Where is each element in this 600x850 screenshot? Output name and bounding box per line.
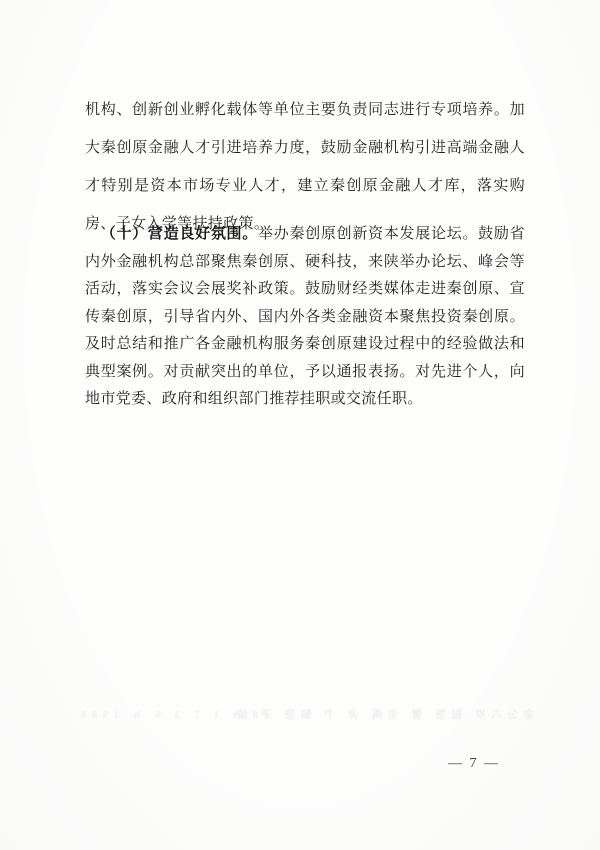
document-page: 机构、创新创业孵化载体等单位主要负责同志进行专项培养。加大秦创原金融人才引进培养… [0,0,600,850]
section-heading: （十）营造良好氛围。 [101,226,258,242]
bleed-through-text-right: 金公六岁 报签 署 圭禹 舍 个 脑签 矛 留 [292,706,534,722]
section-body: 举办秦创原创新资本发展论坛。鼓励省内外金融机构总部聚焦秦创原、硬科技，来陕举办论… [85,226,525,407]
page-number: — 7 — [448,756,500,772]
bleed-through-text-left: 8 9 1 7 3 6 ¾ 1908 [88,710,258,721]
paragraph-section-10: （十）营造良好氛围。举办秦创原创新资本发展论坛。鼓励省内外金融机构总部聚焦秦创原… [85,221,525,414]
